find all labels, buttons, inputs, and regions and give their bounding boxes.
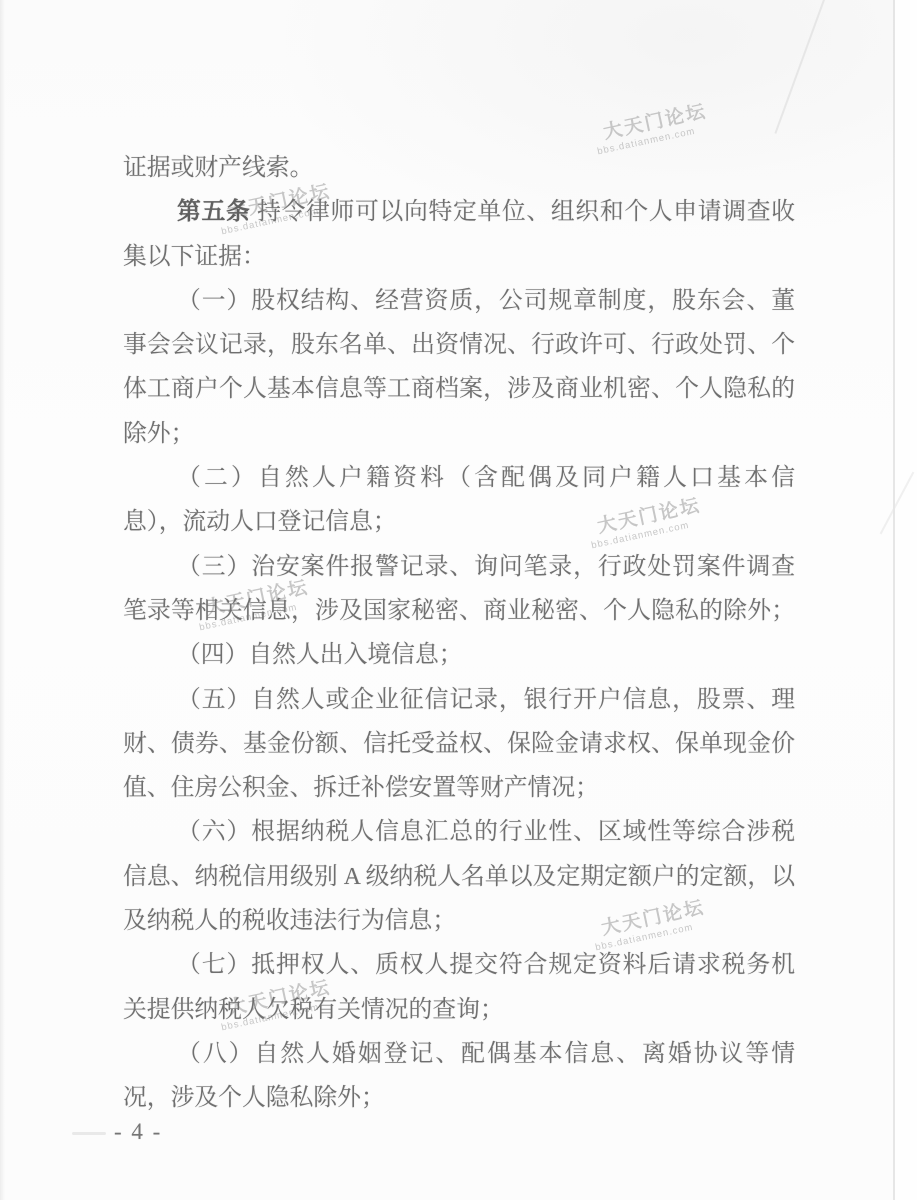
text-line: 关提供纳税人欠税有关情况的查询； [123,988,795,1032]
text-line: 集以下证据： [123,235,795,279]
text-line: 息），流动人口登记信息； [123,500,795,544]
text-line: 况，涉及个人隐私除外； [123,1076,795,1120]
page-edge-line [893,0,895,1200]
watermark-title: 大天门论坛 [602,101,714,143]
text-line-item-2: （二）自然人户籍资料（含配偶及同户籍人口基本信 [123,456,795,500]
text-line-item-1: （一）股权结构、经营资质，公司规章制度，股东会、董 [123,279,795,323]
text-line: 笔录等相关信息，涉及国家秘密、商业秘密、个人隐私的除外； [123,589,795,633]
text-line-article-5: 第五条 持令律师可以向特定单位、组织和个人申请调查收 [123,190,795,234]
text-line-item-3: （三）治安案件报警记录、询问笔录，行政处罚案件调查 [123,545,795,589]
text-line: 值、住房公积金、拆迁补偿安置等财产情况； [123,766,795,810]
text-line: 除外； [123,412,795,456]
text-line-item-8: （八）自然人婚姻登记、配偶基本信息、离婚协议等情 [123,1032,795,1076]
text-line: 事会会议记录，股东名单、出资情况、行政许可、行政处罚、个 [123,323,795,367]
scan-crease-top [774,0,827,134]
text-line: 信息、纳税信用级别 A 级纳税人名单以及定期定额户的定额，以 [123,855,795,899]
text-line: 财、债券、基金份额、信托受益权、保险金请求权、保单现金价 [123,722,795,766]
document-text-block: 证据或财产线索。 第五条 持令律师可以向特定单位、组织和个人申请调查收 集以下证… [123,146,795,1121]
text-line-item-6: （六）根据纳税人信息汇总的行业性、区域性等综合涉税 [123,810,795,854]
text-line: 证据或财产线索。 [123,146,795,190]
scan-smudge [72,1132,106,1135]
text-line: 体工商户个人基本信息等工商档案，涉及商业机密、个人隐私的 [123,367,795,411]
text-line-item-7: （七）抵押权人、质权人提交符合规定资料后请求税务机 [123,943,795,987]
page-number: - 4 - [114,1118,162,1146]
text-line-item-5: （五）自然人或企业征信记录，银行开户信息，股票、理 [123,678,795,722]
text-line-item-4: （四）自然人出入境信息； [123,633,795,677]
scanned-document-page: 大天门论坛 bbs.datianmen.com 大天门论坛 bbs.datian… [0,0,917,1200]
scan-left-edge [0,0,5,1200]
text-line: 及纳税人的税收违法行为信息； [123,899,795,943]
scan-right-strip [895,0,917,1200]
